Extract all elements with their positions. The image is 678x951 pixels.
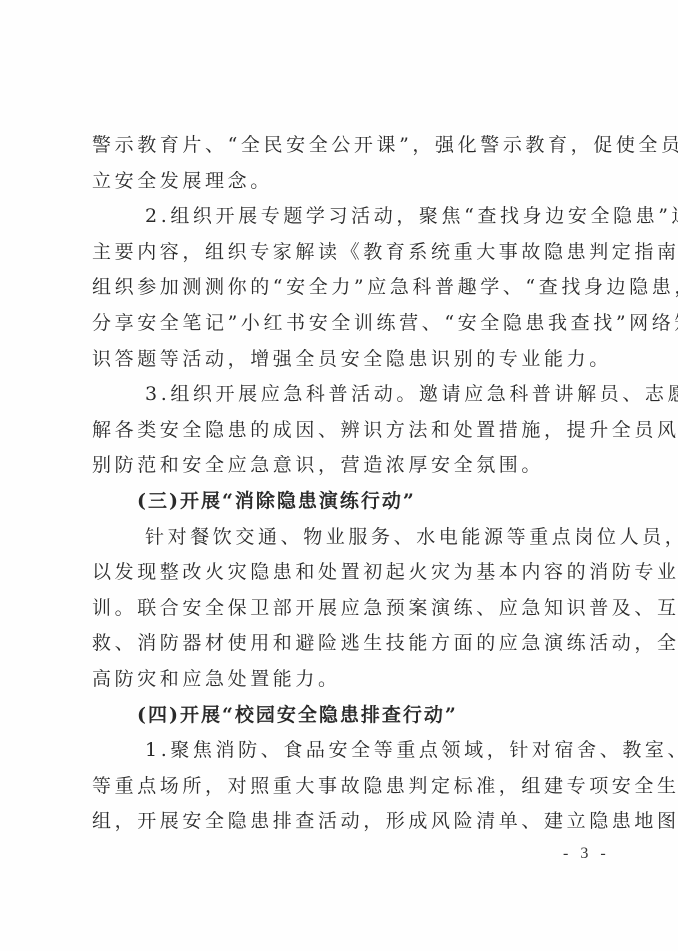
paragraph-line: 训。联合安全保卫部开展应急预案演练、应急知识普及、互救自 <box>92 591 604 627</box>
paragraph-line: 识答题等活动，增强全员安全隐患识别的专业能力。 <box>92 342 604 378</box>
paragraph-line: 分享安全笔记”小红书安全训练营、“安全隐患我查找”网络知 <box>92 306 604 342</box>
paragraph-line: 1.聚焦消防、食品安全等重点领域，针对宿舍、教室、食堂 <box>92 733 604 769</box>
document-page: 警示教育片、“全民安全公开课”，强化警示教育，促使全员树 立安全发展理念。 2.… <box>0 0 678 951</box>
page-number: - 3 - <box>563 845 610 863</box>
paragraph-line: 针对餐饮交通、物业服务、水电能源等重点岗位人员，开展 <box>92 520 604 556</box>
section-heading-3: (三)开展“消除隐患演练行动” <box>92 484 604 520</box>
paragraph-line: 高防灾和应急处置能力。 <box>92 662 604 698</box>
paragraph-line: 2.组织开展专题学习活动，聚焦“查找身边安全隐患”这一 <box>92 199 604 235</box>
paragraph-line: 主要内容，组织专家解读《教育系统重大事故隐患判定指南》。 <box>92 235 604 271</box>
paragraph-line: 警示教育片、“全民安全公开课”，强化警示教育，促使全员树 <box>92 128 604 164</box>
paragraph-line: 组，开展安全隐患排查活动，形成风险清单、建立隐患地图和整 <box>92 804 604 840</box>
paragraph-line: 解各类安全隐患的成因、辨识方法和处置措施，提升全员风险识 <box>92 413 604 449</box>
paragraph-line: 立安全发展理念。 <box>92 164 604 200</box>
paragraph-line: 3.组织开展应急科普活动。邀请应急科普讲解员、志愿者讲 <box>92 377 604 413</box>
paragraph-line: 救、消防器材使用和避险逃生技能方面的应急演练活动，全面提 <box>92 626 604 662</box>
section-heading-4: (四)开展“校园安全隐患排查行动” <box>92 698 604 734</box>
paragraph-line: 别防范和安全应急意识，营造浓厚安全氛围。 <box>92 448 604 484</box>
paragraph-line: 等重点场所，对照重大事故隐患判定标准，组建专项安全生产小 <box>92 769 604 805</box>
document-body: 警示教育片、“全民安全公开课”，强化警示教育，促使全员树 立安全发展理念。 2.… <box>92 128 604 840</box>
paragraph-line: 以发现整改火灾隐患和处置初起火灾为基本内容的消防专业培 <box>92 555 604 591</box>
paragraph-line: 组织参加测测你的“安全力”应急科普趣学、“查找身边隐患， <box>92 270 604 306</box>
